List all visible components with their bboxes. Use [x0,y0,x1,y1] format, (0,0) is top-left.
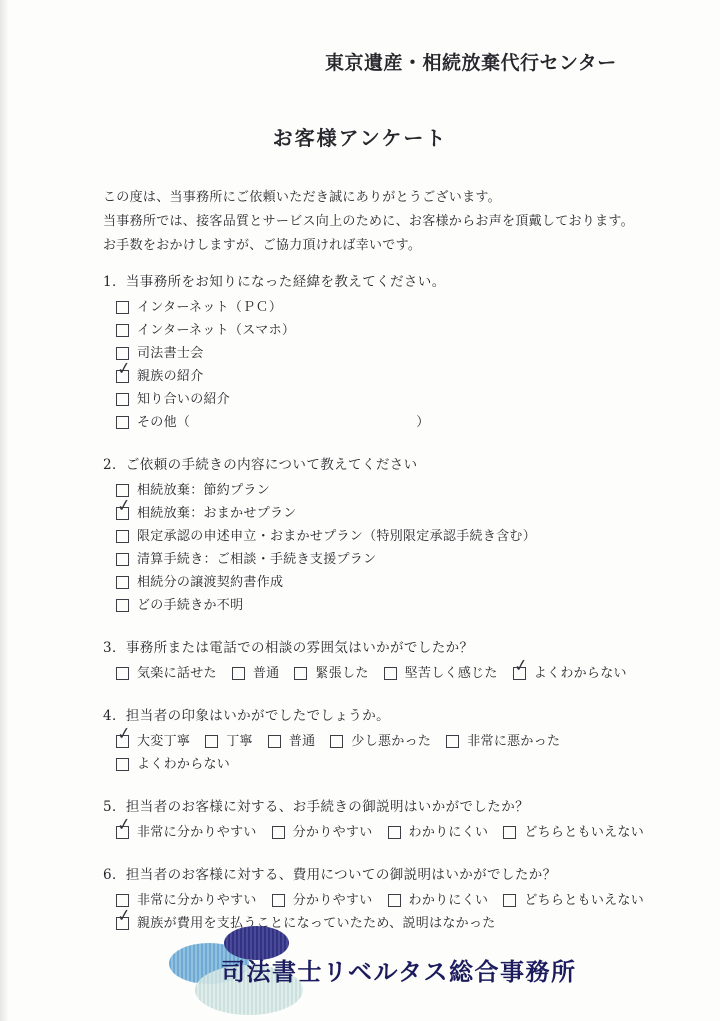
checkbox-unchecked[interactable] [116,553,129,566]
checkbox-unchecked[interactable] [330,735,343,748]
option-label: 相続分の譲渡契約書作成 [137,571,283,594]
intro-line: 当事務所では、接客品質とサービス向上のために、お客様からお声を頂戴しております。 [103,210,692,234]
checkbox-unchecked[interactable] [116,324,129,337]
option-label: 少し悪かった [351,730,431,753]
option-row: ✓親族の紹介 [103,365,692,388]
survey-option: 普通 [268,730,316,753]
intro-line: この度は、当事務所にご依頼いただき誠にありがとうございます。 [103,186,692,210]
check-mark-icon: ✓ [116,816,132,835]
checkbox-unchecked[interactable] [232,667,245,680]
check-mark-icon: ✓ [116,725,132,744]
option-label: よくわからない [534,662,627,685]
survey-option: 相続放棄：節約プラン [116,479,270,502]
check-mark-icon: ✓ [513,657,529,676]
survey-page: 東京遺産・相続放棄代行センター お客様アンケート この度は、当事務所にご依頼いた… [0,0,720,1021]
option-row: 相続分の譲渡契約書作成 [103,571,692,594]
option-row: 気楽に話せた普通緊張した堅苦しく感じた✓よくわからない [103,662,692,685]
checkbox-checked[interactable]: ✓ [116,370,129,383]
checkbox-unchecked[interactable] [116,758,129,771]
checkbox-unchecked[interactable] [205,735,218,748]
option-label: 親族の紹介 [137,365,204,388]
checkbox-unchecked[interactable] [388,894,401,907]
survey-option: ✓大変丁寧 [116,730,190,753]
question-text: 3．事務所または電話での相談の雰囲気はいかがでしたか？ [103,637,692,660]
option-label: 分かりやすい [293,821,373,844]
footer-logo: 司法書士リベルタス総合事務所 [167,926,607,1018]
option-label: どの手続きか不明 [137,594,243,617]
checkbox-checked[interactable]: ✓ [116,735,129,748]
page-title: お客様アンケート [0,122,720,151]
checkbox-checked[interactable]: ✓ [116,826,129,839]
option-label: 限定承認の申述申立・おまかせプラン（特別限定承認手続き含む） [137,525,536,548]
checkbox-unchecked[interactable] [116,667,129,680]
survey-option: 相続分の譲渡契約書作成 [116,571,283,594]
survey-option: インターネット（スマホ） [116,319,295,342]
survey-option: よくわからない [116,753,230,776]
question-text: 4．担当者の印象はいかがでしたでしょうか。 [103,705,692,728]
check-mark-icon: ✓ [116,497,132,516]
survey-option: 清算手続き：ご相談・手続き支援プラン [116,548,376,571]
option-row: 限定承認の申述申立・おまかせプラン（特別限定承認手続き含む） [103,525,692,548]
option-label: どちらともいえない [524,889,644,912]
option-row: ✓相続放棄：おまかせプラン [103,502,692,525]
checkbox-unchecked[interactable] [116,416,129,429]
option-row: その他（ ） [103,411,692,434]
option-row: どの手続きか不明 [103,594,692,617]
option-label: 分かりやすい [293,889,373,912]
option-label: 丁寧 [226,730,253,753]
checkbox-unchecked[interactable] [116,301,129,314]
option-row: 清算手続き：ご相談・手続き支援プラン [103,548,692,571]
checkbox-unchecked[interactable] [503,894,516,907]
option-label: 非常に悪かった [467,730,560,753]
checkbox-unchecked[interactable] [116,393,129,406]
option-label: わかりにくい [409,889,489,912]
checkbox-unchecked[interactable] [268,735,281,748]
question-block: 4．担当者の印象はいかがでしたでしょうか。✓大変丁寧丁寧普通少し悪かった非常に悪… [103,705,692,776]
option-label: 緊張した [315,662,368,685]
option-row: 司法書士会 [103,342,692,365]
option-row: 非常に分かりやすい分かりやすいわかりにくいどちらともいえない [103,889,692,912]
survey-option: 気楽に話せた [116,662,217,685]
survey-option: わかりにくい [388,821,489,844]
question-text: 2．ご依頼の手続きの内容について教えてください [103,454,692,477]
intro-line: お手数をおかけしますが、ご協力頂ければ幸いです。 [103,234,692,258]
survey-option: ✓相続放棄：おまかせプラン [116,502,297,525]
option-label: インターネット（スマホ） [137,319,295,342]
option-label: 非常に分かりやすい [137,821,257,844]
survey-option: 知り合いの紹介 [116,388,230,411]
survey-option: どの手続きか不明 [116,594,243,617]
survey-option: 非常に分かりやすい [116,889,257,912]
checkbox-unchecked[interactable] [388,826,401,839]
survey-option: 限定承認の申述申立・おまかせプラン（特別限定承認手続き含む） [116,525,536,548]
option-row: ✓非常に分かりやすい分かりやすいわかりにくいどちらともいえない [103,821,692,844]
checkbox-unchecked[interactable] [116,576,129,589]
checkbox-unchecked[interactable] [294,667,307,680]
option-label: どちらともいえない [524,821,644,844]
survey-option: その他（ ） [116,411,430,434]
option-row: 相続放棄：節約プラン [103,479,692,502]
option-label: 司法書士会 [137,342,204,365]
checkbox-unchecked[interactable] [116,599,129,612]
checkbox-unchecked[interactable] [446,735,459,748]
option-label: インターネット（ＰＣ） [137,296,282,319]
survey-option: インターネット（ＰＣ） [116,296,282,319]
survey-option: ✓よくわからない [513,662,627,685]
option-label: 知り合いの紹介 [137,388,230,411]
intro-paragraph: この度は、当事務所にご依頼いただき誠にありがとうございます。当事務所では、接客品… [103,186,692,258]
survey-option: 堅苦しく感じた [384,662,498,685]
survey-option: 緊張した [294,662,368,685]
check-mark-icon: ✓ [116,360,132,379]
survey-option: 非常に悪かった [446,730,560,753]
checkbox-checked[interactable]: ✓ [513,667,526,680]
checkbox-unchecked[interactable] [272,894,285,907]
question-text: 5．担当者のお客様に対する、お手続きの御説明はいかがでしたか？ [103,796,692,819]
question-block: 3．事務所または電話での相談の雰囲気はいかがでしたか？気楽に話せた普通緊張した堅… [103,637,692,685]
option-row: インターネット（ＰＣ） [103,296,692,319]
checkbox-checked[interactable]: ✓ [116,917,129,930]
option-row: 知り合いの紹介 [103,388,692,411]
option-label: 堅苦しく感じた [405,662,498,685]
option-label: 普通 [289,730,316,753]
questions-section: 1．当事務所をお知りになった経緯を教えてください。インターネット（ＰＣ）インター… [103,271,692,935]
option-row: ✓大変丁寧丁寧普通少し悪かった非常に悪かった [103,730,692,753]
survey-content: この度は、当事務所にご依頼いただき誠にありがとうございます。当事務所では、接客品… [103,186,692,955]
question-block: 5．担当者のお客様に対する、お手続きの御説明はいかがでしたか？✓非常に分かりやす… [103,796,692,844]
survey-option: 分かりやすい [272,889,373,912]
org-name: 東京遺産・相続放棄代行センター [325,48,617,75]
option-label: 気楽に話せた [137,662,217,685]
check-mark-icon: ✓ [116,907,132,926]
checkbox-checked[interactable]: ✓ [116,507,129,520]
option-label: 非常に分かりやすい [137,889,257,912]
option-label: 相続放棄：おまかせプラン [137,502,297,525]
question-block: 2．ご依頼の手続きの内容について教えてください相続放棄：節約プラン✓相続放棄：お… [103,454,692,617]
option-label: 普通 [253,662,280,685]
survey-option: 少し悪かった [330,730,431,753]
question-text: 6．担当者のお客様に対する、費用についての御説明はいかがでしたか？ [103,864,692,887]
option-label: よくわからない [137,753,230,776]
question-block: 1．当事務所をお知りになった経緯を教えてください。インターネット（ＰＣ）インター… [103,271,692,434]
survey-option: わかりにくい [388,889,489,912]
survey-option: 丁寧 [205,730,253,753]
option-label: 相続放棄：節約プラン [137,479,270,502]
checkbox-unchecked[interactable] [116,530,129,543]
option-label: 大変丁寧 [137,730,190,753]
survey-option: ✓親族の紹介 [116,365,204,388]
question-block: 6．担当者のお客様に対する、費用についての御説明はいかがでしたか？非常に分かりや… [103,864,692,935]
survey-option: 分かりやすい [272,821,373,844]
footer-logo-text: 司法書士リベルタス総合事務所 [221,952,577,987]
survey-option: どちらともいえない [503,821,644,844]
checkbox-unchecked[interactable] [384,667,397,680]
survey-option: どちらともいえない [503,889,644,912]
option-row: インターネット（スマホ） [103,319,692,342]
option-label: その他（ ） [137,411,430,434]
survey-option: ✓非常に分かりやすい [116,821,257,844]
checkbox-unchecked[interactable] [272,826,285,839]
option-label: 清算手続き：ご相談・手続き支援プラン [137,548,376,571]
checkbox-unchecked[interactable] [503,826,516,839]
option-row: よくわからない [103,753,692,776]
survey-option: 普通 [232,662,280,685]
option-label: わかりにくい [409,821,489,844]
question-text: 1．当事務所をお知りになった経緯を教えてください。 [103,271,692,294]
